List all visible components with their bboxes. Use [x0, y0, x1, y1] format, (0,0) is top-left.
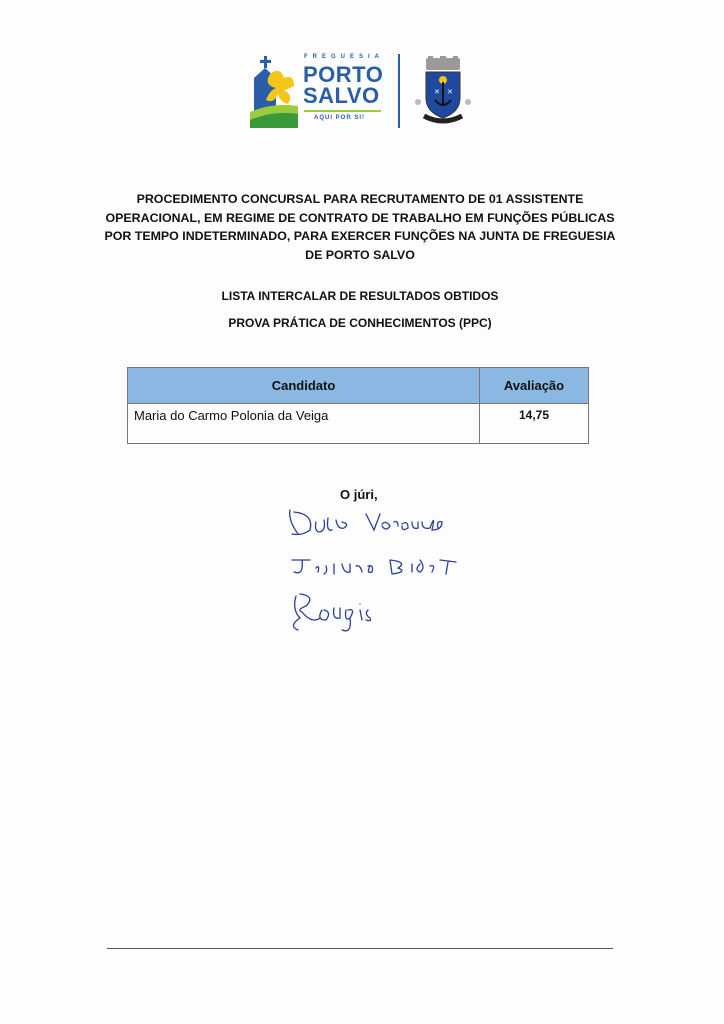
coat-of-arms-icon: ✕✕	[414, 56, 472, 126]
brand-name: PORTO SALVO	[303, 64, 383, 106]
candidate-score: 14,75	[480, 404, 589, 444]
svg-text:✕: ✕	[447, 89, 453, 96]
svg-text:✕: ✕	[434, 89, 440, 96]
table-header-row: Candidato Avaliação	[128, 368, 589, 404]
brand-name-line1: PORTO	[303, 64, 383, 85]
header-logo: FREGUESIA PORTO SALVO AQUI POR SI! ✕✕	[248, 52, 478, 132]
header-score: Avaliação	[480, 368, 589, 404]
footer-rule	[107, 948, 613, 949]
document-subtitle-test: PROVA PRÁTICA DE CONHECIMENTOS (PPC)	[100, 316, 620, 330]
logo-divider	[398, 54, 400, 128]
brand-underline	[304, 110, 381, 112]
candidate-name: Maria do Carmo Polonia da Veiga	[128, 404, 480, 444]
church-flower-emblem-icon	[250, 56, 298, 128]
brand-top-text: FREGUESIA	[304, 54, 384, 60]
document-subtitle-list: LISTA INTERCALAR DE RESULTADOS OBTIDOS	[100, 289, 620, 303]
header-candidate: Candidato	[128, 368, 480, 404]
document-title: PROCEDIMENTO CONCURSAL PARA RECRUTAMENTO…	[100, 190, 620, 264]
results-table: Candidato Avaliação Maria do Carmo Polon…	[127, 367, 589, 444]
jury-signatures-icon	[280, 500, 480, 640]
brand-name-line2: SALVO	[303, 85, 383, 106]
table-row: Maria do Carmo Polonia da Veiga 14,75	[128, 404, 589, 444]
brand-tagline: AQUI POR SI!	[314, 115, 365, 121]
